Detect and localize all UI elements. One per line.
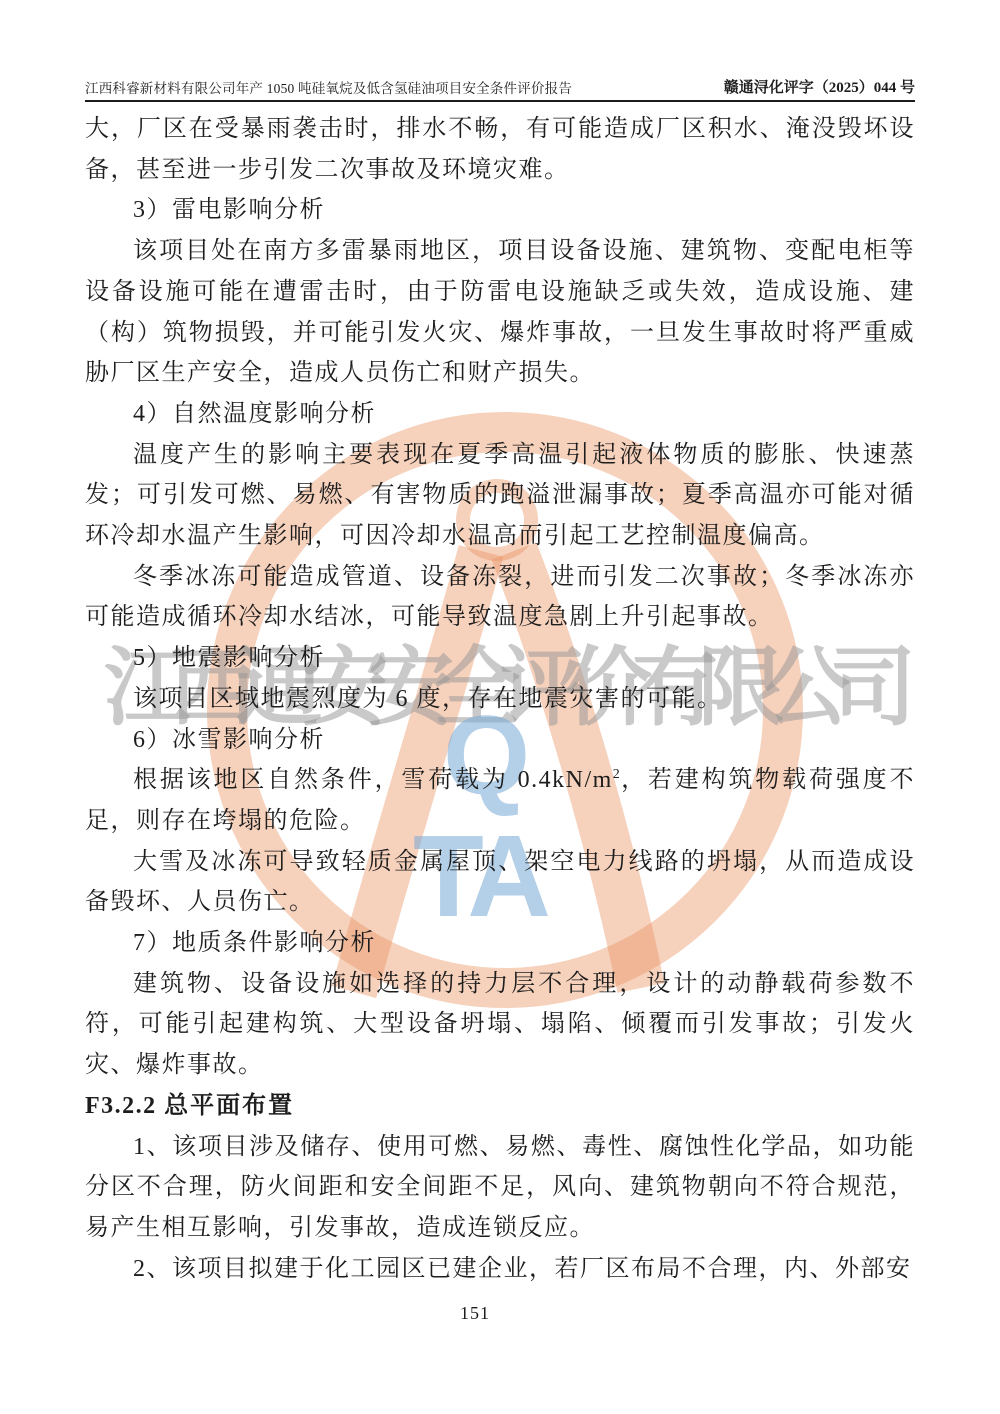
paragraph: 温度产生的影响主要表现在夏季高温引起液体物质的膨胀、快速蒸发；可引发可燃、易燃、… — [85, 435, 915, 557]
paragraph: 根据该地区自然条件，雪荷载为 0.4kN/m2，若建构筑物载荷强度不足，则存在垮… — [85, 760, 915, 841]
text-run: 根据该地区自然条件，雪荷载为 0.4kN/m — [133, 767, 613, 793]
paragraph: 冬季冰冻可能造成管道、设备冻裂，进而引发二次事故；冬季冰冻亦可能造成循环冷却水结… — [85, 557, 915, 638]
text-run: 温度产生的影响主要表现在夏季高温引起液体物质的膨胀、快速蒸发；可引发可燃、易燃、… — [85, 442, 915, 549]
paragraph: 该项目处在南方多雷暴雨地区，项目设备设施、建筑物、变配电柜等设备设施可能在遭雷击… — [85, 231, 915, 394]
text-run: 该项目处在南方多雷暴雨地区，项目设备设施、建筑物、变配电柜等设备设施可能在遭雷击… — [85, 238, 915, 386]
text-run: 冬季冰冻可能造成管道、设备冻裂，进而引发二次事故；冬季冰冻亦可能造成循环冷却水结… — [85, 564, 915, 631]
paragraph: 7）地质条件影响分析 — [85, 923, 915, 964]
text-run: 大，厂区在受暴雨袭击时，排水不畅，有可能造成厂区积水、淹没毁坏设备，甚至进一步引… — [85, 116, 915, 183]
text-run: 5）地震影响分析 — [133, 645, 325, 671]
paragraph: 大雪及冰冻可导致轻质金属屋顶、架空电力线路的坍塌，从而造成设备毁坏、人员伤亡。 — [85, 842, 915, 923]
paragraph: 2、该项目拟建于化工园区已建企业，若厂区布局不合理，内、外部安 — [85, 1249, 915, 1290]
section-heading: F3.2.2 总平面布置 — [85, 1086, 915, 1127]
text-run: 建筑物、设备设施如选择的持力层不合理，设计的动静载荷参数不符，可能引起建构筑、大… — [85, 971, 915, 1078]
text-run: 4）自然温度影响分析 — [133, 401, 376, 427]
text-run: F3.2.2 — [85, 1093, 164, 1119]
text-run: 大雪及冰冻可导致轻质金属屋顶、架空电力线路的坍塌，从而造成设备毁坏、人员伤亡。 — [85, 849, 915, 916]
page-footer: 151 — [0, 1303, 950, 1324]
paragraph: 5）地震影响分析 — [85, 638, 915, 679]
text-run: 6）冰雪影响分析 — [133, 727, 325, 753]
paragraph: 该项目区域地震烈度为 6 度，存在地震灾害的可能。 — [85, 679, 915, 720]
text-run: 总平面布置 — [164, 1092, 294, 1119]
text-run: 7）地质条件影响分析 — [133, 930, 376, 956]
header-document-number: 赣通浔化评字（2025）044 号 — [724, 76, 915, 97]
header-report-title: 江西科睿新材料有限公司年产 1050 吨硅氧烷及低含氢硅油项目安全条件评价报告 — [85, 77, 572, 97]
paragraph: 1、该项目涉及储存、使用可燃、易燃、毒性、腐蚀性化学品，如功能分区不合理，防火间… — [85, 1127, 915, 1249]
page-number: 151 — [460, 1303, 490, 1323]
paragraph: 建筑物、设备设施如选择的持力层不合理，设计的动静载荷参数不符，可能引起建构筑、大… — [85, 964, 915, 1086]
paragraph: 4）自然温度影响分析 — [85, 394, 915, 435]
paragraph: 6）冰雪影响分析 — [85, 720, 915, 761]
superscript: 2 — [613, 767, 620, 782]
text-run: 该项目区域地震烈度为 6 度，存在地震灾害的可能。 — [133, 686, 723, 712]
document-page: 江西通安安全评价有限公司 Q TA 江西科睿新材料有限公司年产 1050 吨硅氧… — [0, 0, 1000, 1414]
text-run: 2、该项目拟建于化工园区已建企业，若厂区布局不合理，内、外部安 — [133, 1256, 912, 1282]
paragraph: 3）雷电影响分析 — [85, 190, 915, 231]
paragraph: 大，厂区在受暴雨袭击时，排水不畅，有可能造成厂区积水、淹没毁坏设备，甚至进一步引… — [85, 109, 915, 190]
text-run: 3）雷电影响分析 — [133, 197, 325, 223]
text-run: 1、该项目涉及储存、使用可燃、易燃、毒性、腐蚀性化学品，如功能分区不合理，防火间… — [85, 1134, 915, 1241]
document-body: 大，厂区在受暴雨袭击时，排水不畅，有可能造成厂区积水、淹没毁坏设备，甚至进一步引… — [85, 109, 915, 1289]
page-header: 江西科睿新材料有限公司年产 1050 吨硅氧烷及低含氢硅油项目安全条件评价报告 … — [85, 72, 915, 102]
